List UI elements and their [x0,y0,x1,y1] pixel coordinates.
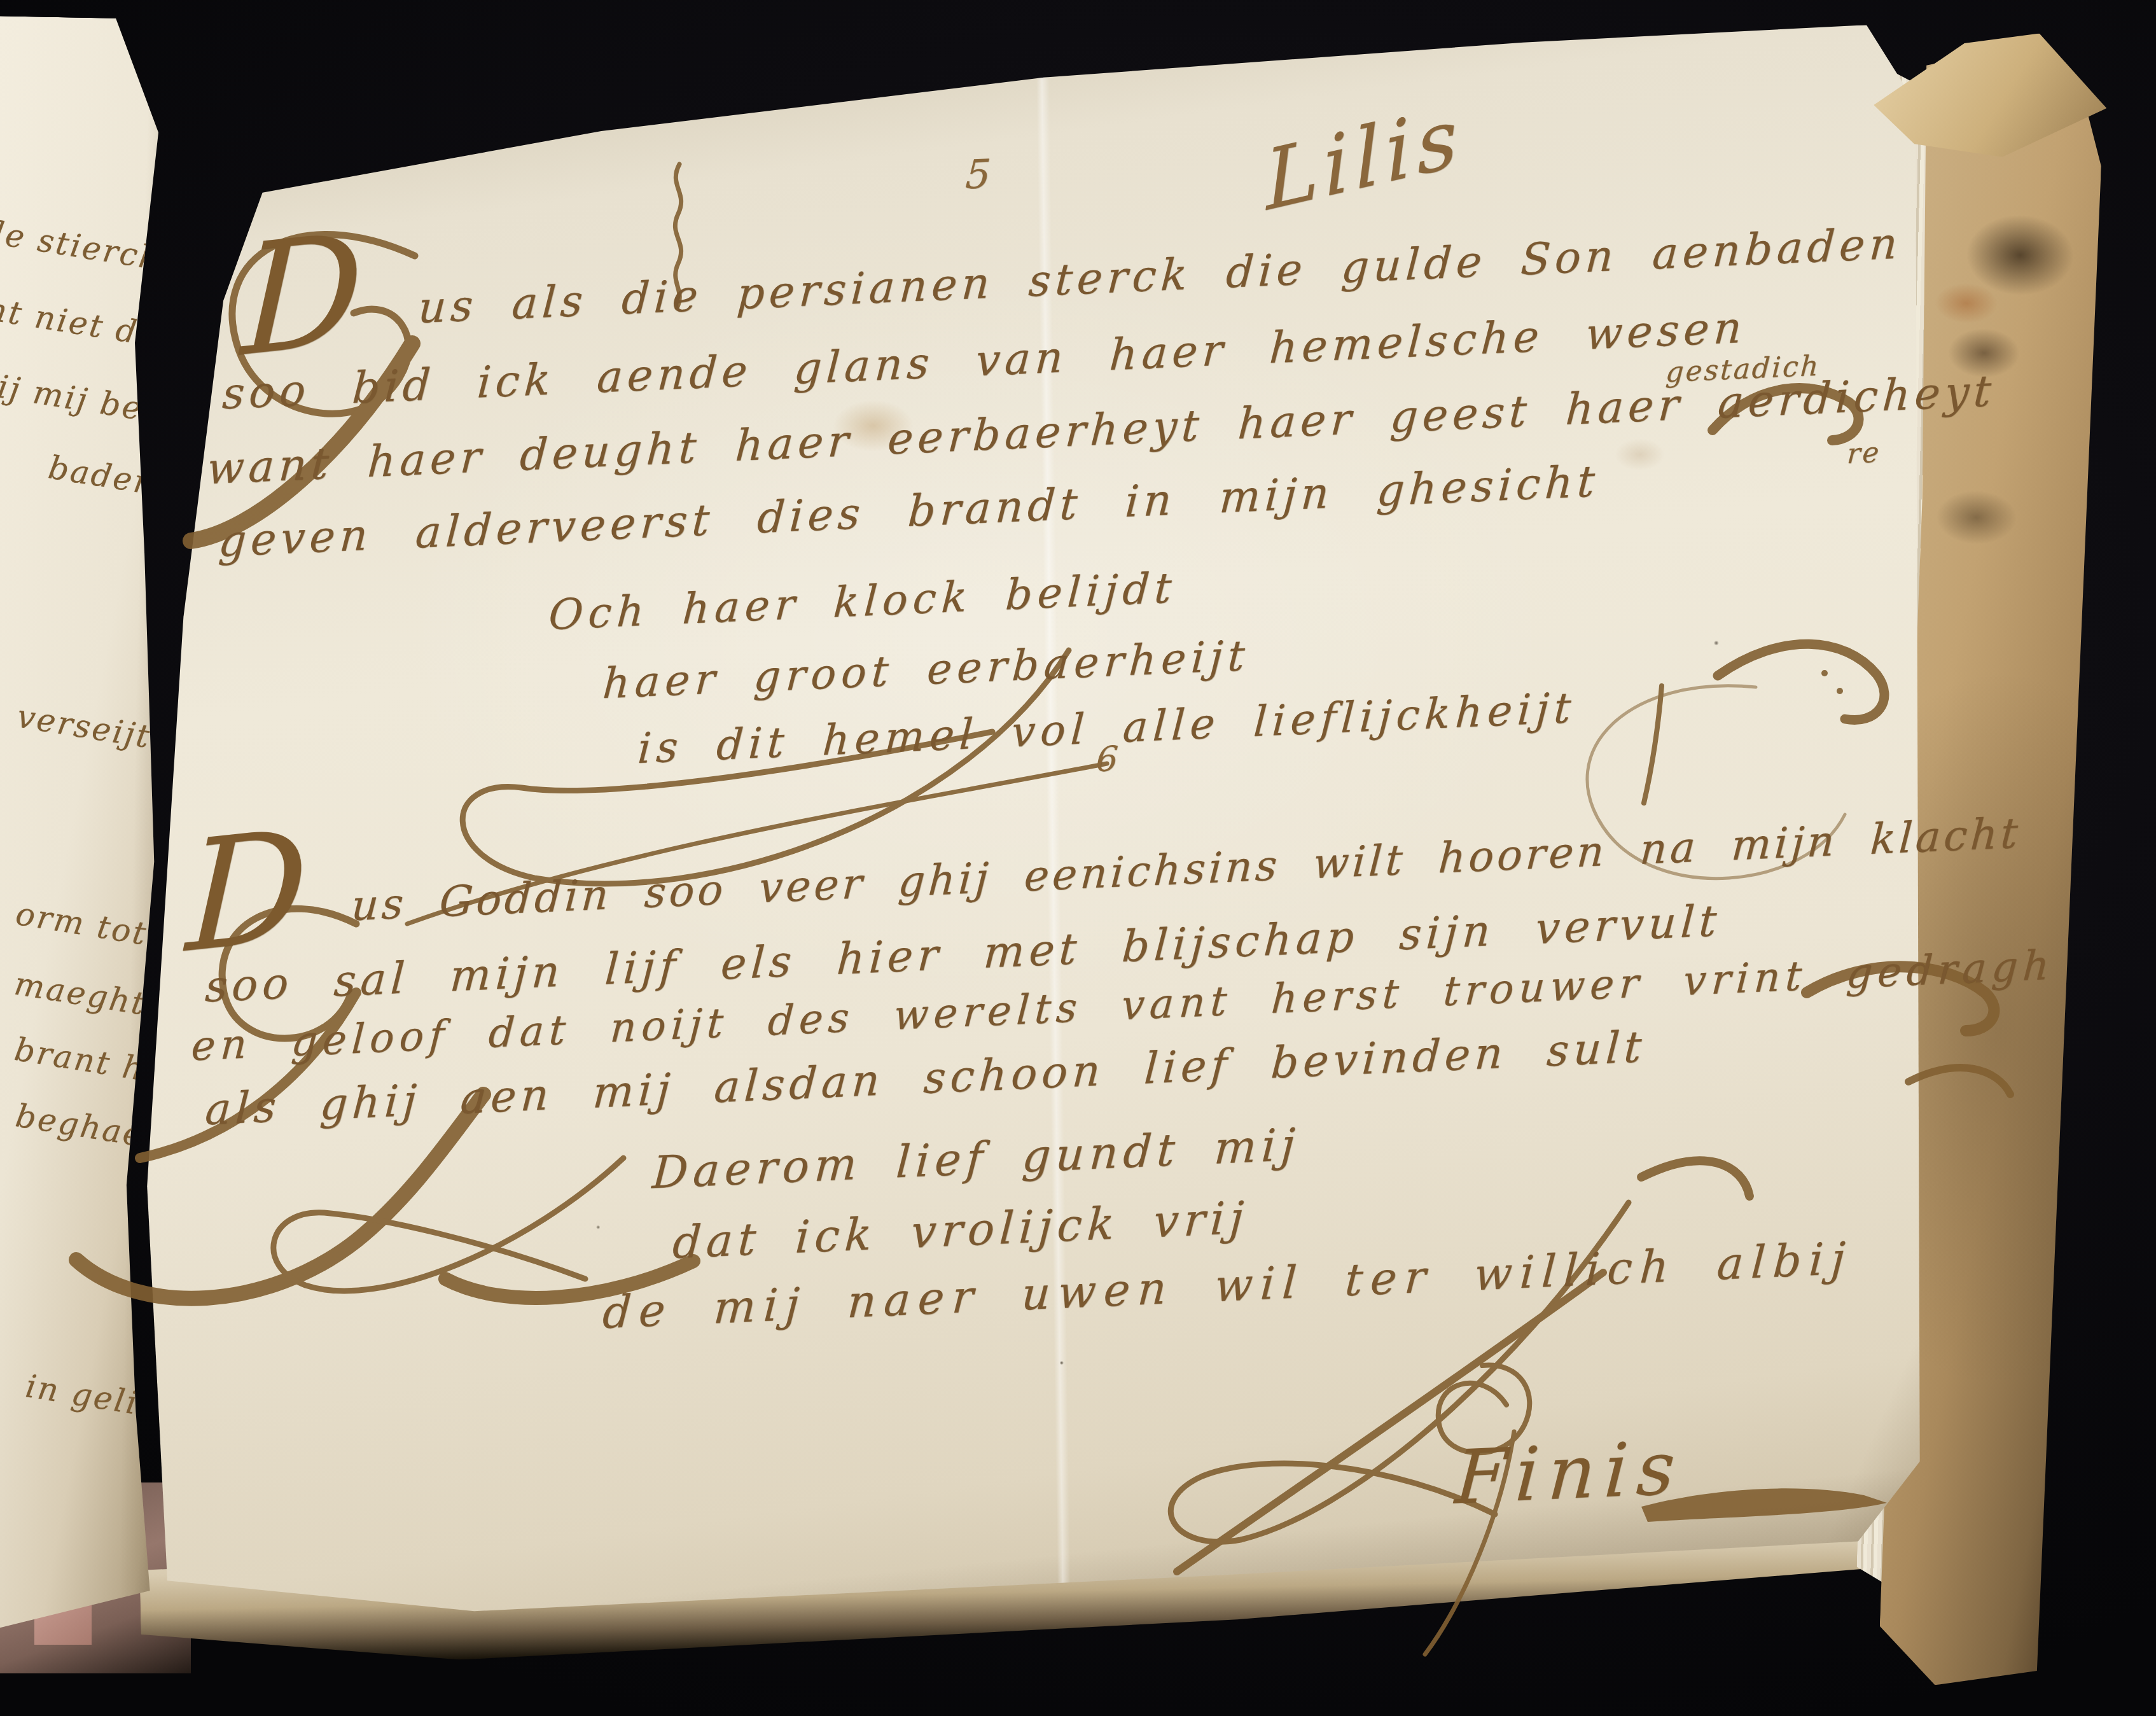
stanza5-number: 5 [964,150,992,198]
stanza6-initial: D [184,809,310,975]
stanza6-line5: Daerom lief gundt mij [651,1119,1302,1199]
handwriting-layer: 5 Lilis D us als die persianen sterck di… [0,0,2156,1716]
stanza5-line3-insertion: re [1846,436,1882,471]
stanza6-line6: dat ick vrolijck vrij [671,1191,1250,1269]
stanza6-number: 6 [1095,739,1119,780]
manuscript-photo: le stierck nt niet de f hij mij bet bade… [0,0,2156,1716]
stanza5-line6: haer groot eerbaerheijt [601,631,1251,709]
finis-label: Finis [1453,1425,1687,1521]
stanza5-corner-mark: Lilis [1263,88,1465,230]
stanza5-line5: Och haer klock belijdt [547,563,1178,639]
stanza5-initial: D [240,213,366,379]
stanza6-line1: us Goddin soo veer ghij eenichsins wilt … [350,808,2022,930]
